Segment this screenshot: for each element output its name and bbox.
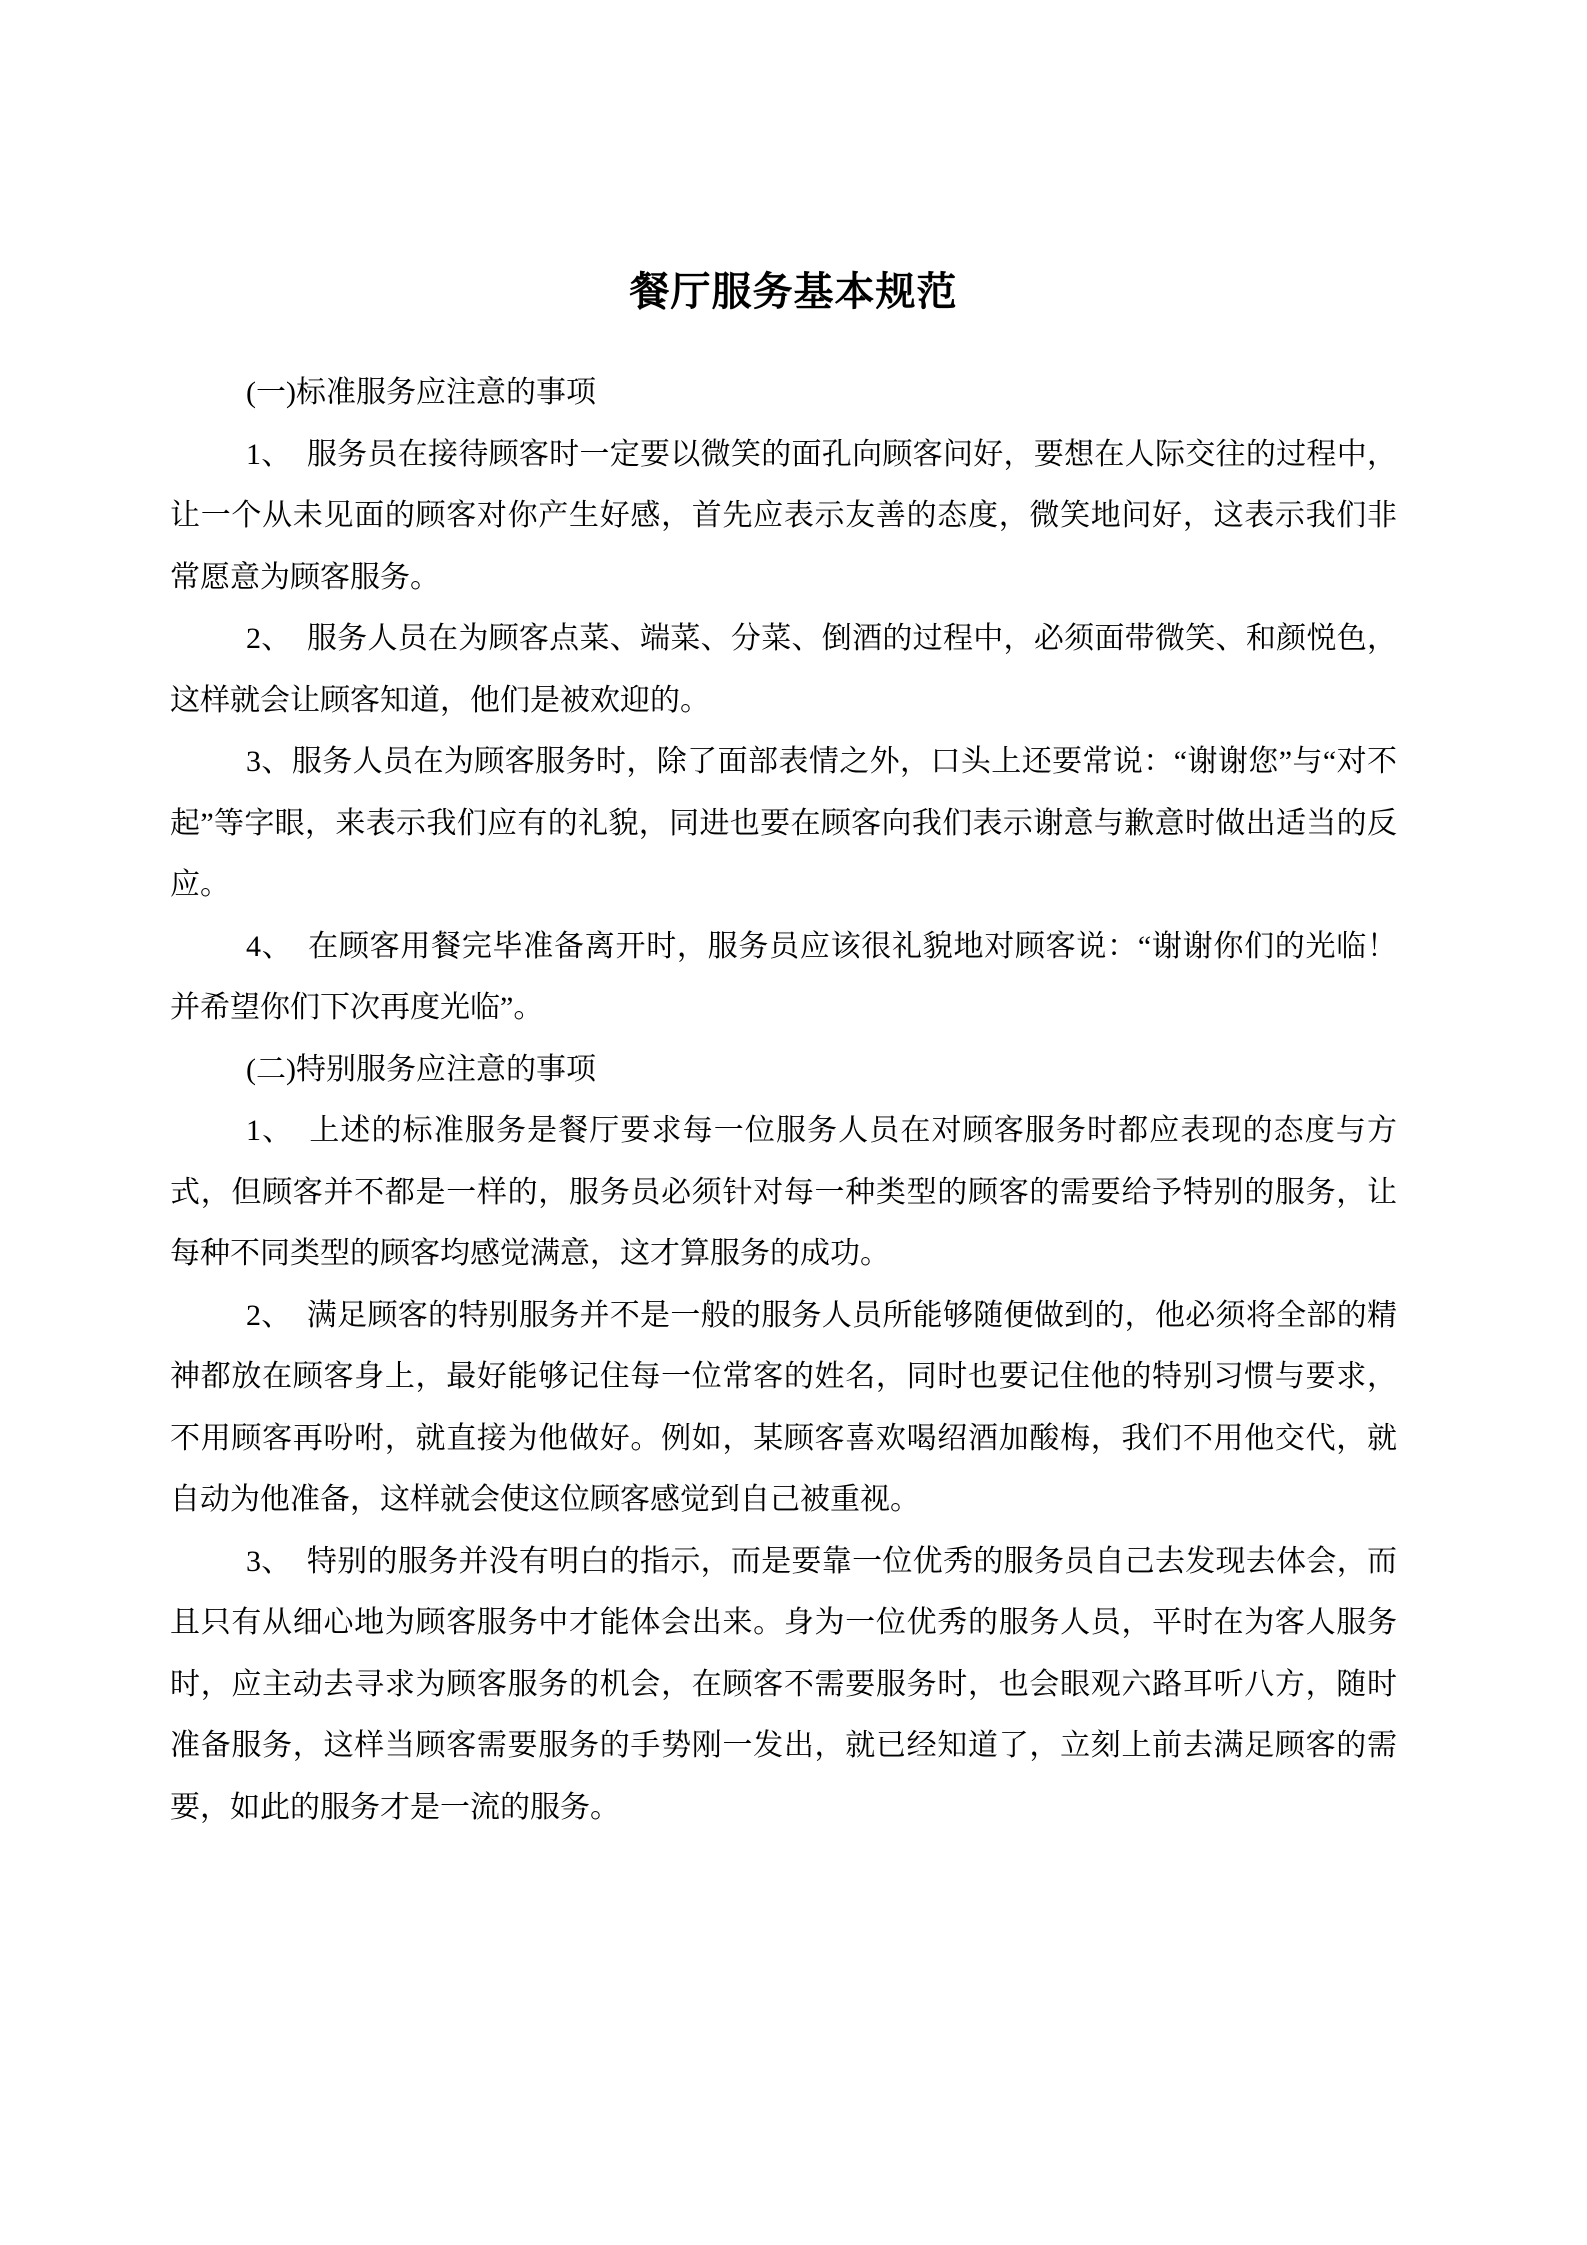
paragraph: 3、 特别的服务并没有明白的指示，而是要靠一位优秀的服务员自己去发现去体会，而且… [170, 1531, 1397, 1839]
page-title: 餐厅服务基本规范 [0, 0, 1587, 318]
paragraph: 3、服务人员在为顾客服务时，除了面部表情之外，口头上还要常说：“谢谢您”与“对不… [170, 731, 1397, 916]
section-heading: (一)标准服务应注意的事项 [170, 362, 1397, 424]
paragraph: 2、 服务人员在为顾客点菜、端菜、分菜、倒酒的过程中，必须面带微笑、和颜悦色，这… [170, 608, 1397, 731]
paragraph: 2、 满足顾客的特别服务并不是一般的服务人员所能够随便做到的，他必须将全部的精神… [170, 1285, 1397, 1531]
paragraph: 1、 上述的标准服务是餐厅要求每一位服务人员在对顾客服务时都应表现的态度与方式，… [170, 1100, 1397, 1285]
document-page: 餐厅服务基本规范 (一)标准服务应注意的事项 1、 服务员在接待顾客时一定要以微… [0, 0, 1587, 2245]
document-body: (一)标准服务应注意的事项 1、 服务员在接待顾客时一定要以微笑的面孔向顾客问好… [170, 362, 1397, 1838]
paragraph: 1、 服务员在接待顾客时一定要以微笑的面孔向顾客问好，要想在人际交往的过程中，让… [170, 424, 1397, 609]
paragraph: 4、 在顾客用餐完毕准备离开时，服务员应该很礼貌地对顾客说：“谢谢你们的光临！并… [170, 916, 1397, 1039]
section-heading: (二)特别服务应注意的事项 [170, 1039, 1397, 1101]
